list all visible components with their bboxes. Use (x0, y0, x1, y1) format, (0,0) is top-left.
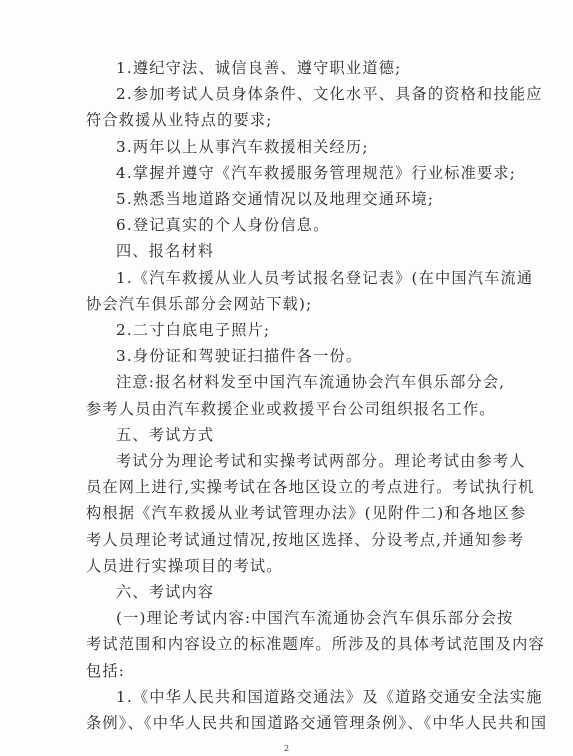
requirement-6: 6.登记真实的个人身份信息。 (116, 215, 516, 235)
requirement-4: 4.掌握并遵守《汽车救援服务管理规范》行业标准要求; (116, 163, 516, 183)
note-cont: 参考人员由汽车救援企业或救援平台公司组织报名工作。 (86, 399, 486, 419)
law-item-1: 1.《中华人民共和国道路交通法》及《道路交通安全法实施 (116, 687, 516, 707)
exam-method-para-l3: 构根据《汽车救援从业考试管理办法》(见附件二)和各地区参 (86, 503, 486, 523)
material-2: 2.二寸白底电子照片; (116, 320, 516, 340)
exam-method-para-l5: 人员进行实操项目的考试。 (86, 556, 486, 576)
note: 注意:报名材料发至中国汽车流通协会汽车俱乐部分会, (116, 372, 516, 392)
document-page: 1.遵纪守法、诚信良善、遵守职业道德; 2.参加考试人员身体条件、文化水平、具备… (0, 0, 573, 756)
section-heading-6: 六、考试内容 (116, 582, 516, 602)
theory-content-para-l2: 考试范围和内容设立的标准题库。所涉及的具体考试范围及内容 (86, 634, 486, 654)
requirement-5: 5.熟悉当地道路交通情况以及地理交通环境; (116, 189, 516, 209)
requirement-2: 2.参加考试人员身体条件、文化水平、具备的资格和技能应 (116, 84, 516, 104)
page-number: 2 (284, 744, 289, 753)
theory-content-para: (一)理论考试内容:中国汽车流通协会汽车俱乐部分会按 (116, 608, 516, 628)
material-3: 3.身份证和驾驶证扫描件各一份。 (116, 346, 516, 366)
material-1-cont: 协会汽车俱乐部分会网站下载); (86, 294, 486, 314)
material-1: 1.《汽车救援从业人员考试报名登记表》(在中国汽车流通 (116, 268, 516, 288)
exam-method-para: 考试分为理论考试和实操考试两部分。理论考试由参考人 (116, 451, 516, 471)
exam-method-para-l4: 考人员理论考试通过情况,按地区选择、分设考点,并通知参考 (86, 530, 486, 550)
exam-method-para-l2: 员在网上进行,实操考试在各地区设立的考点进行。考试执行机 (86, 477, 486, 497)
requirement-3: 3.两年以上从事汽车救援相关经历; (116, 137, 516, 157)
section-heading-5: 五、考试方式 (116, 425, 516, 445)
requirement-1: 1.遵纪守法、诚信良善、遵守职业道德; (116, 58, 516, 78)
theory-content-para-l3: 包括: (86, 661, 486, 681)
law-item-1-cont: 条例》、《中华人民共和国道路交通管理条例》、《中华人民共和国 (86, 713, 486, 733)
section-heading-4: 四、报名材料 (116, 241, 516, 261)
requirement-2-cont: 符合救援从业特点的要求; (86, 110, 486, 130)
